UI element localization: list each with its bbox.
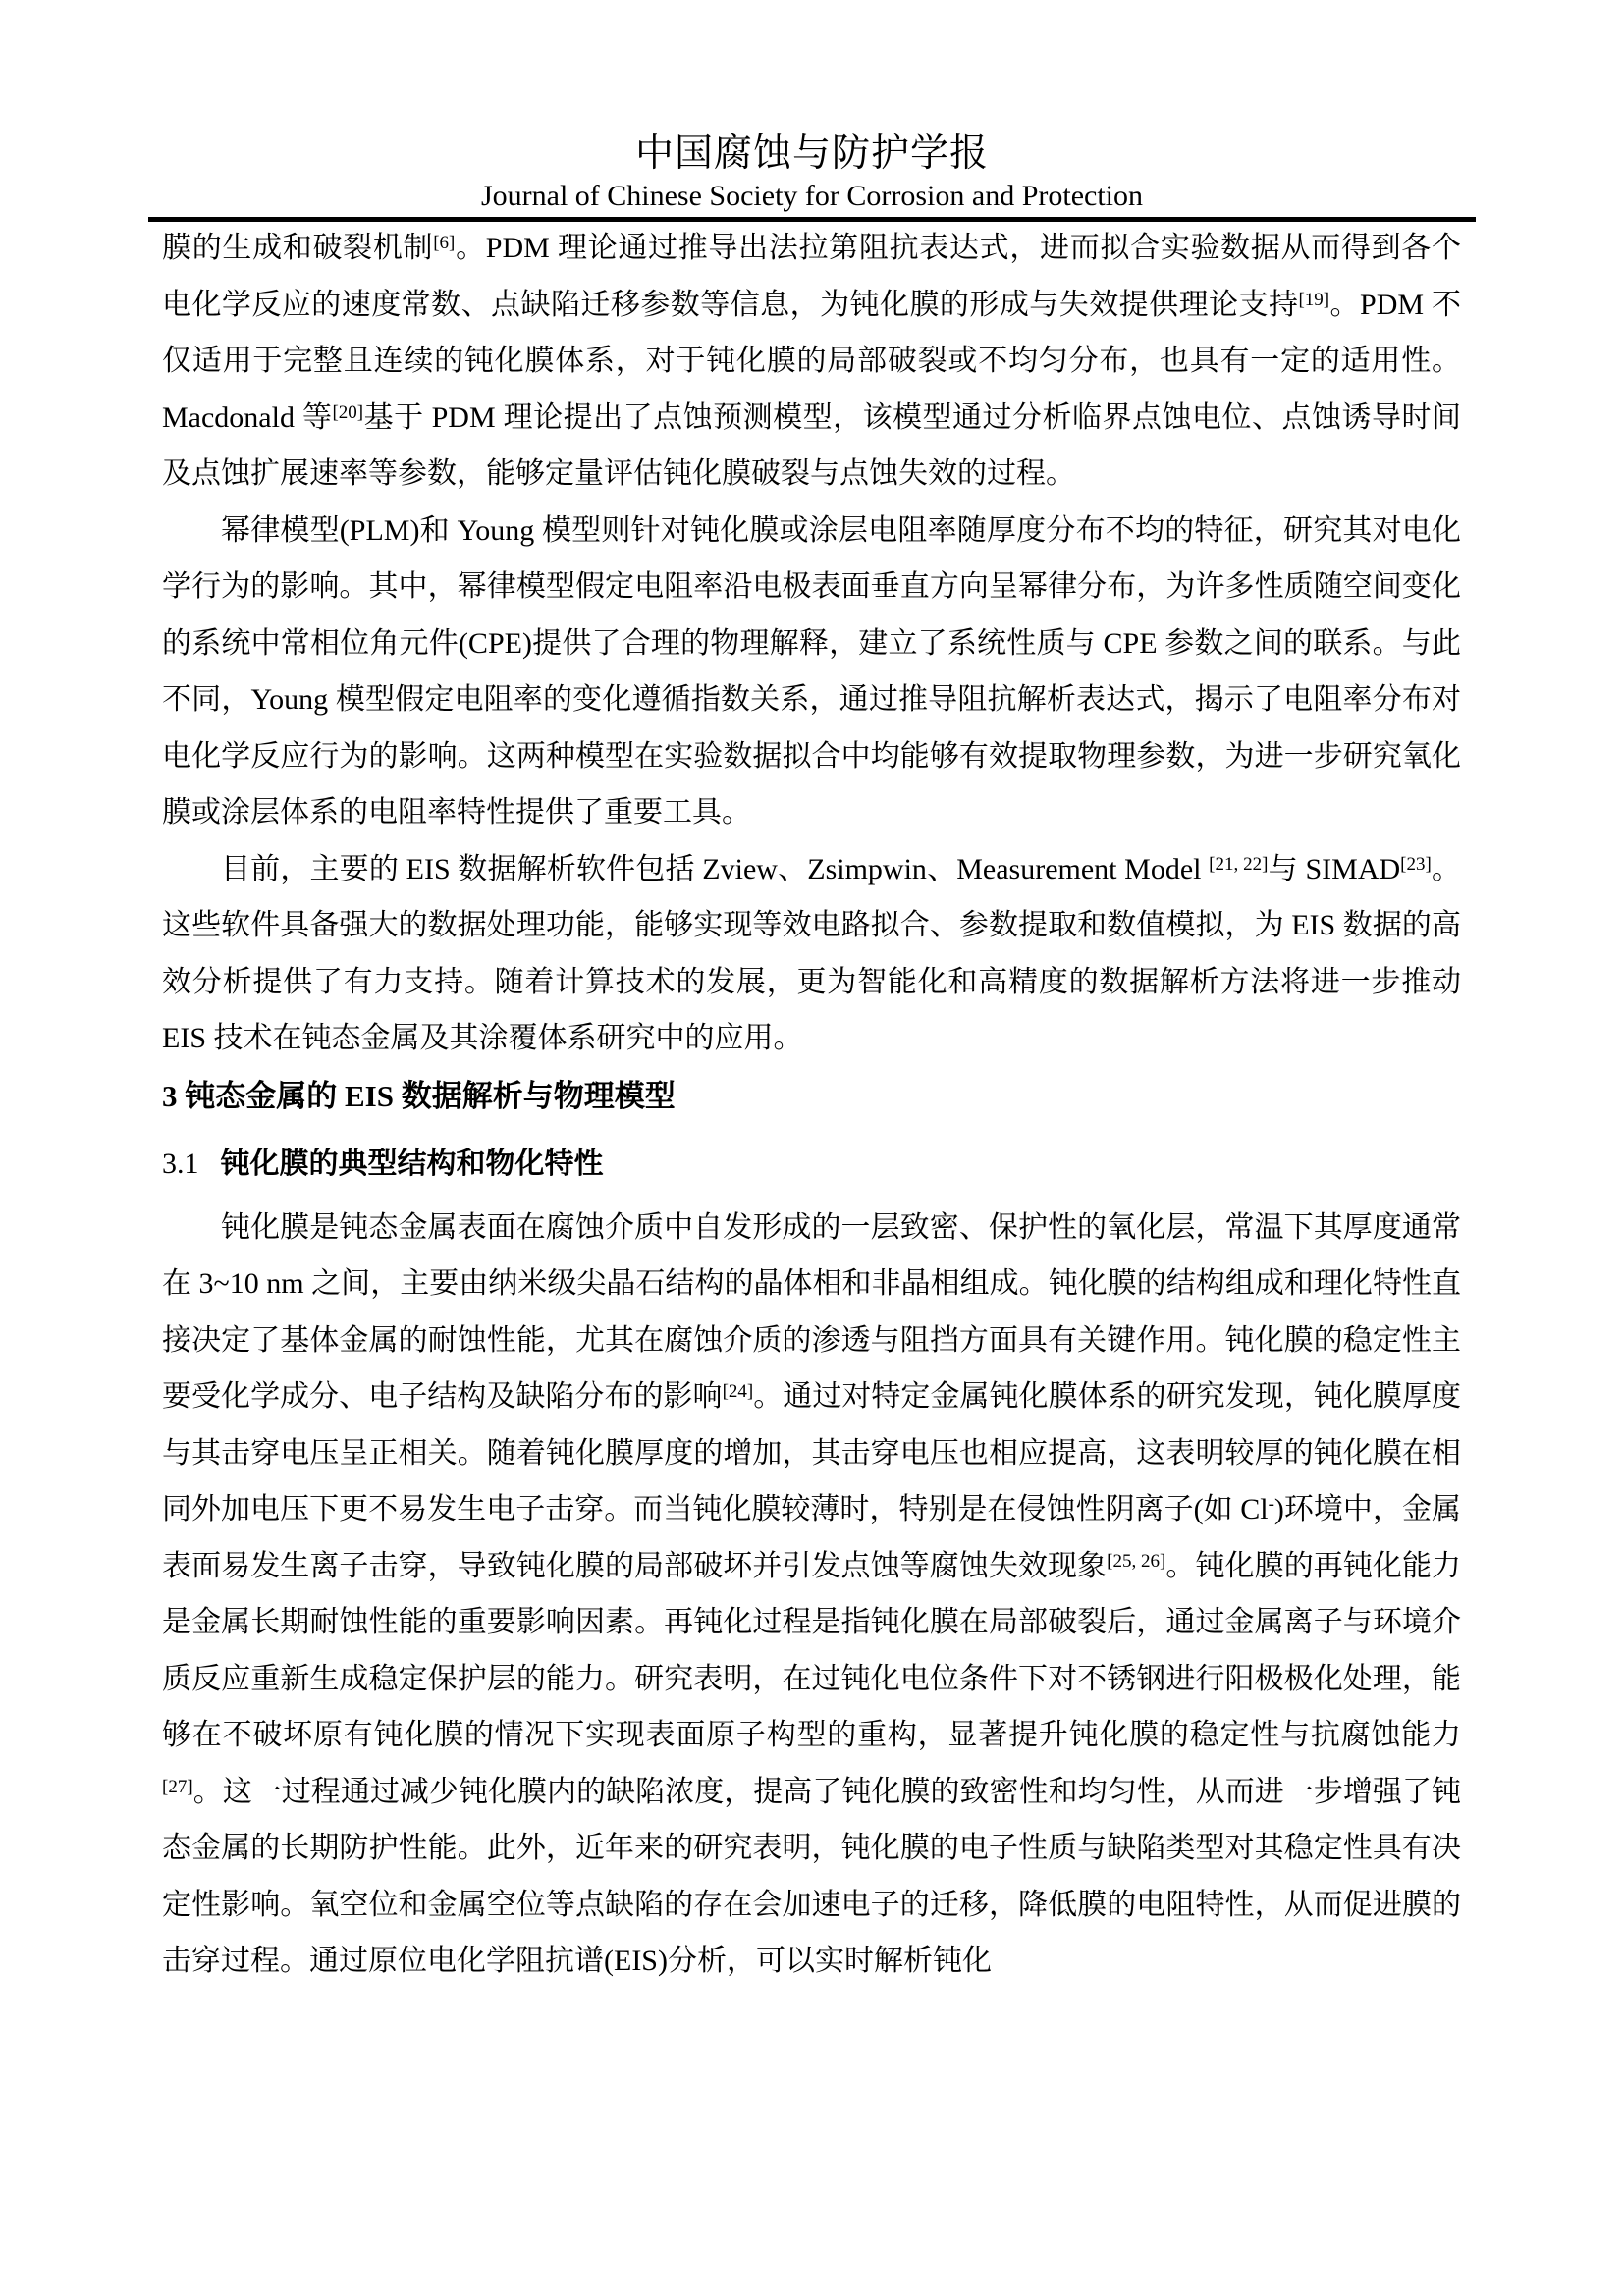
subsection-title: 钝化膜的典型结构和物化特性: [221, 1148, 604, 1180]
citation-ref: [6]: [433, 233, 455, 253]
citation-ref: -: [1269, 1494, 1274, 1515]
subsection-number: 3.1: [162, 1148, 199, 1180]
section-heading: 3 钝态金属的 EIS 数据解析与物理模型: [162, 1068, 1461, 1125]
text-run: 与 SIMAD: [1269, 853, 1401, 885]
document-page: 中国腐蚀与防护学报 Journal of Chinese Society for…: [0, 0, 1624, 2296]
text-run: 幂律模型(PLM)和 Young 模型则针对钝化膜或涂层电阻率随厚度分布不均的特…: [162, 514, 1461, 829]
paragraph: 钝化膜是钝态金属表面在腐蚀介质中自发形成的一层致密、保护性的氧化层，常温下其厚度…: [162, 1200, 1461, 1990]
citation-ref: [20]: [332, 402, 363, 423]
subsection-heading: 3.1钝化膜的典型结构和物化特性: [162, 1136, 1461, 1193]
paragraph: 膜的生成和破裂机制[6]。PDM 理论通过推导出法拉第阻抗表达式，进而拟合实验数…: [162, 220, 1461, 503]
citation-ref: [23]: [1400, 854, 1432, 875]
journal-title-english: Journal of Chinese Society for Corrosion…: [0, 181, 1624, 212]
citation-ref: [19]: [1298, 290, 1329, 310]
citation-ref: [21, 22]: [1209, 854, 1268, 875]
citation-ref: [24]: [723, 1381, 754, 1402]
text-run: 。这一过程通过减少钝化膜内的缺陷浓度，提高了钝化膜的致密性和均匀性，从而进一步增…: [162, 1776, 1461, 1978]
journal-title-chinese: 中国腐蚀与防护学报: [0, 133, 1624, 175]
journal-header: 中国腐蚀与防护学报 Journal of Chinese Society for…: [0, 0, 1624, 222]
paragraph: 目前，主要的 EIS 数据解析软件包括 Zview、Zsimpwin、Measu…: [162, 841, 1461, 1067]
text-run: 膜的生成和破裂机制: [162, 232, 433, 264]
text-run: 目前，主要的 EIS 数据解析软件包括 Zview、Zsimpwin、Measu…: [221, 853, 1209, 885]
paragraph: 幂律模型(PLM)和 Young 模型则针对钝化膜或涂层电阻率随厚度分布不均的特…: [162, 503, 1461, 841]
body-content: 膜的生成和破裂机制[6]。PDM 理论通过推导出法拉第阻抗表达式，进而拟合实验数…: [162, 220, 1461, 1990]
citation-ref: [27]: [162, 1777, 193, 1797]
citation-ref: [25, 26]: [1107, 1551, 1165, 1572]
